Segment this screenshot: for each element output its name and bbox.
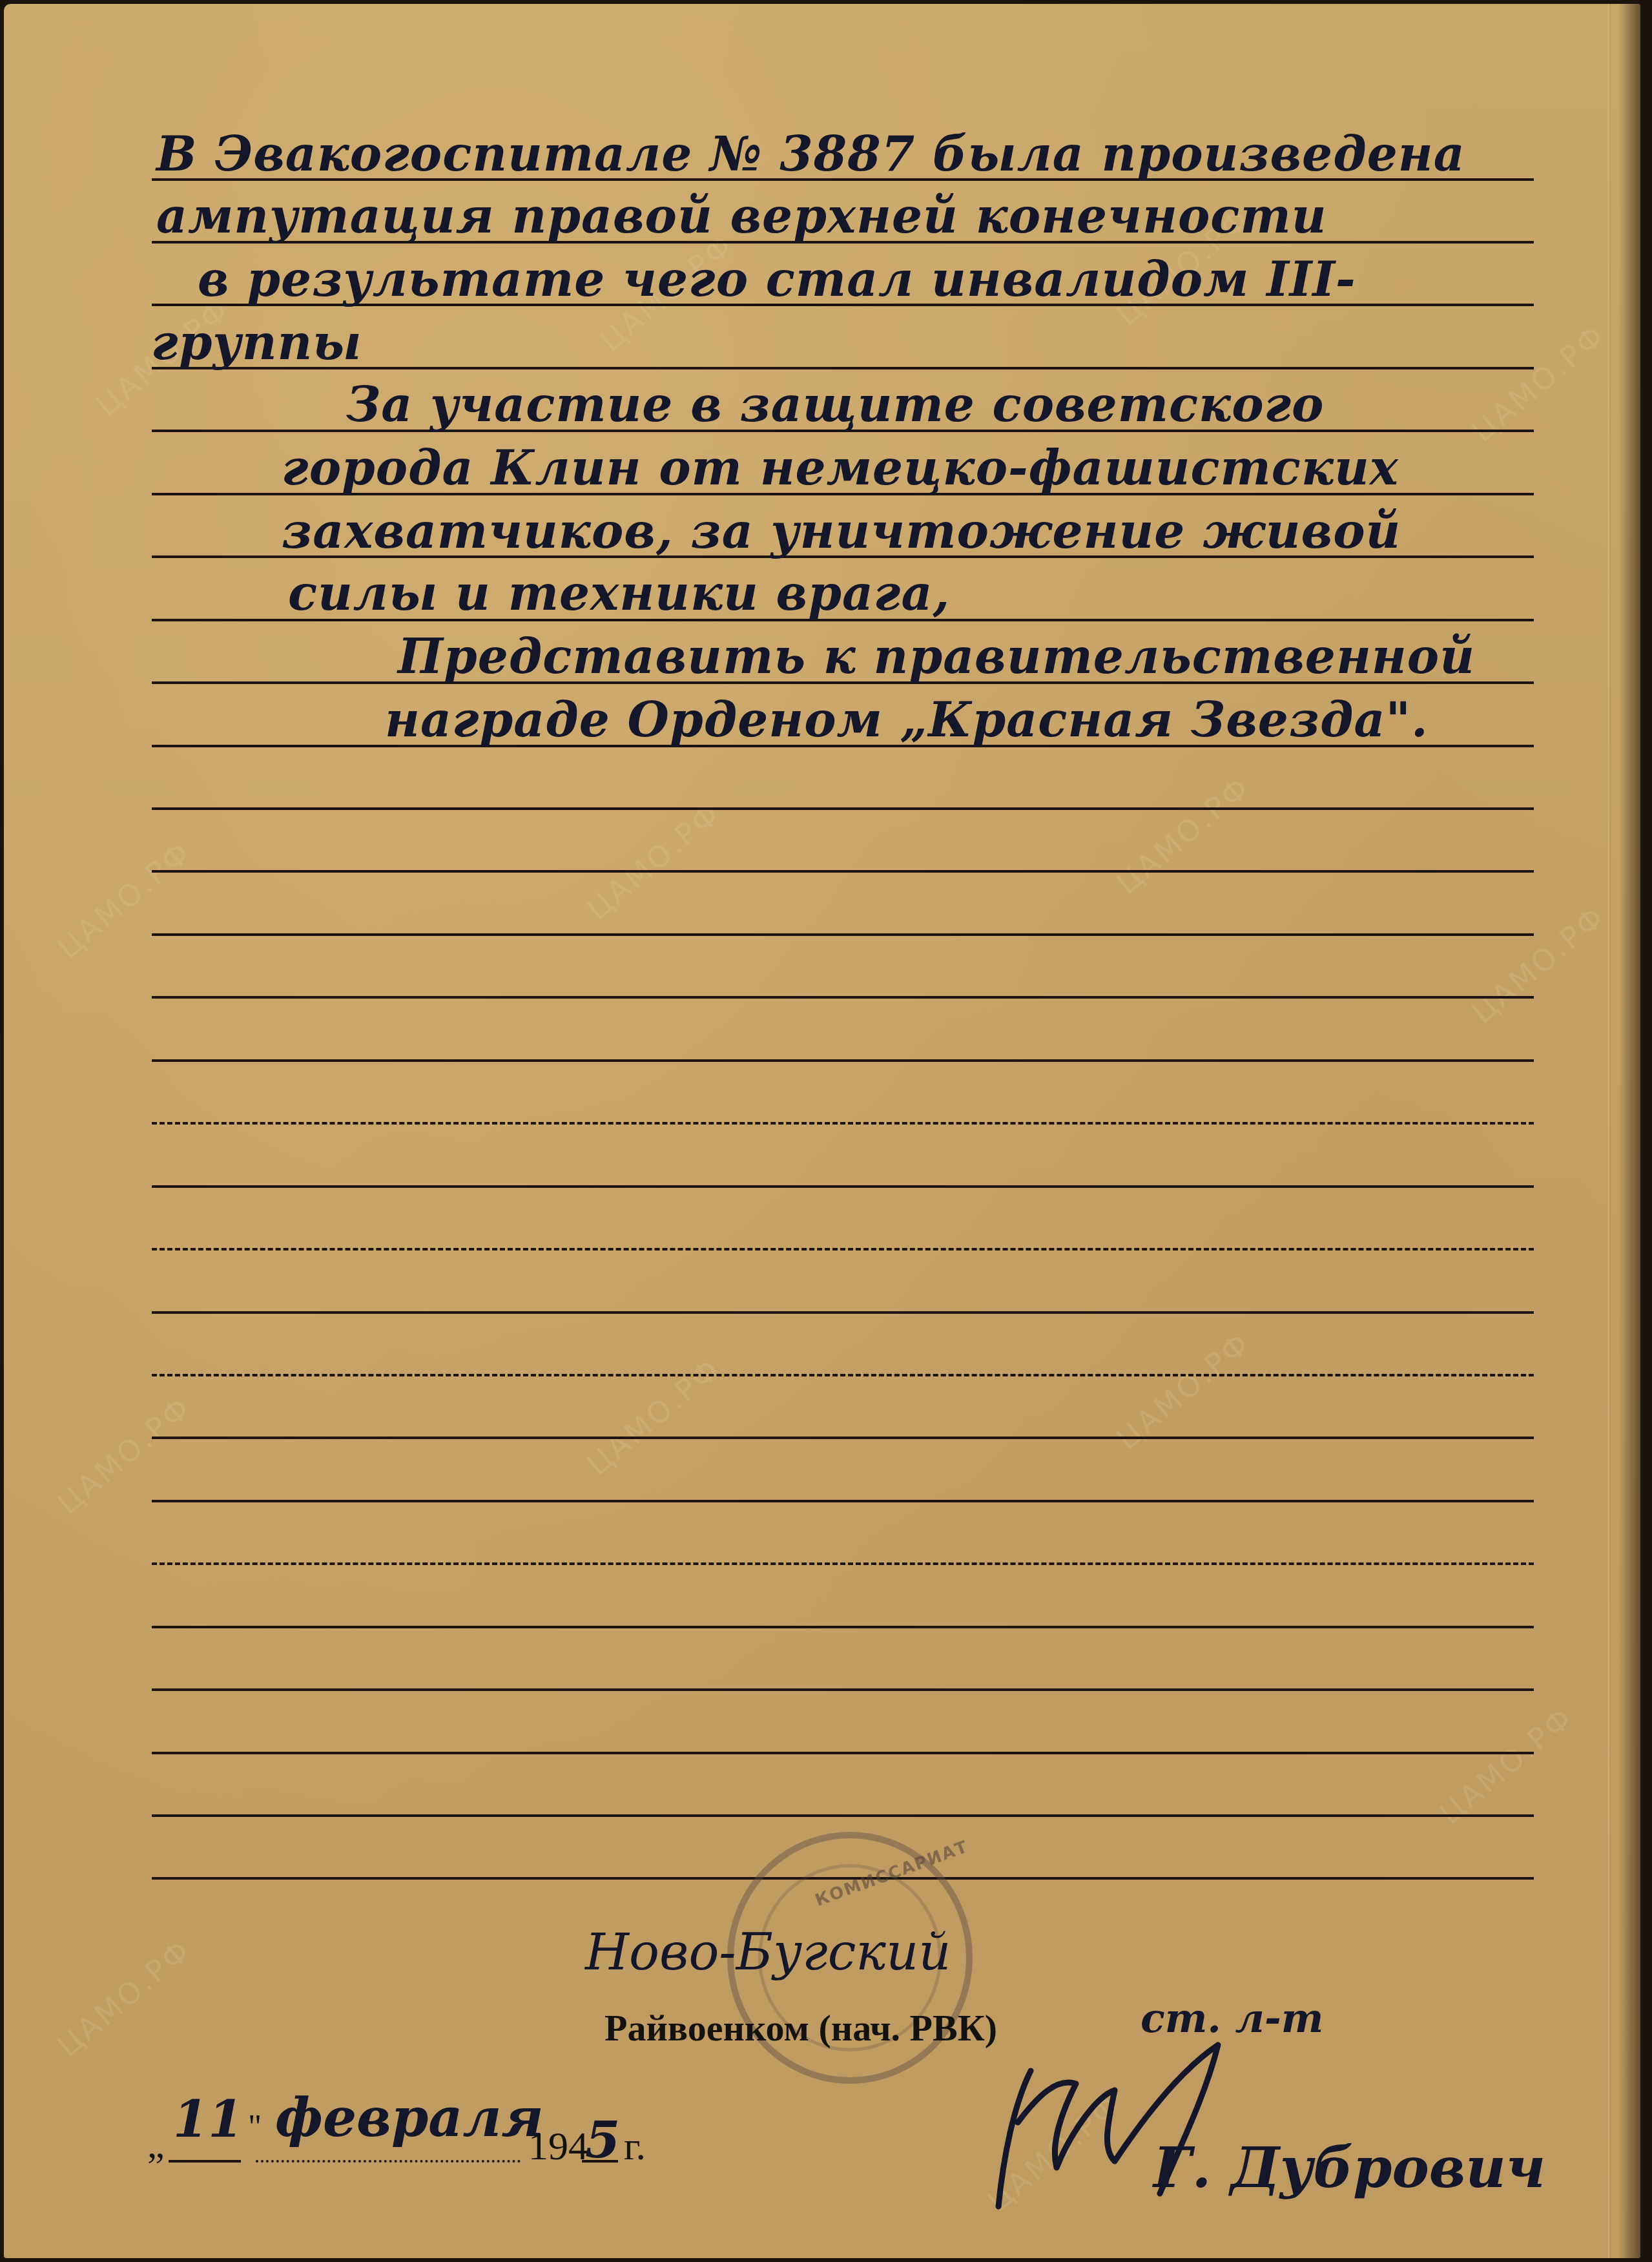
date-year-prefix: 194 [528, 2124, 588, 2170]
watermark: ЦАМО.РФ [1432, 1699, 1580, 1831]
document-page: ЦАМО.РФ ЦАМО.РФ ЦАМО.РФ ЦАМО.РФ ЦАМО.РФ … [4, 4, 1640, 2258]
watermark: ЦАМО.РФ [580, 795, 728, 927]
body-line-9: Представить к правительственной [398, 633, 1475, 681]
date-day: 11 [173, 2090, 243, 2149]
signature-icon [947, 2000, 1347, 2258]
date-month: февраля [275, 2087, 544, 2149]
watermark: ЦАМО.РФ [1110, 769, 1257, 901]
watermark: ЦАМО.РФ [50, 1932, 198, 2064]
body-line-1: В Эвакогоспитале № 3887 была произведена [156, 130, 1465, 178]
district-name: Ново-Бугский [585, 1924, 951, 1982]
body-line-6: города Клин от немецко-фашистских [282, 444, 1399, 492]
watermark: ЦАМО.РФ [1465, 898, 1613, 1030]
paper-edge-shadow [1618, 4, 1640, 2258]
position-title: Райвоенком (нач. РВК) [604, 2006, 997, 2049]
date-year-suffix: г. [624, 2124, 646, 2170]
body-line-8: силы и техники врага, [288, 570, 950, 617]
signatory-name: Г. Дубрович [1153, 2135, 1545, 2201]
watermark: ЦАМО.РФ [580, 1351, 728, 1482]
body-line-5: За участие в защите советского [346, 381, 1324, 429]
body-line-2: ампутация правой верхней конечности [156, 192, 1327, 240]
body-line-10: награде Орденом „Красная Звезда". [385, 696, 1429, 744]
body-line-4: группы [151, 319, 362, 367]
watermark: ЦАМО.РФ [50, 834, 198, 966]
body-line-7: захватчиков, за уничтожение живой [282, 508, 1401, 555]
body-line-3: в результате чего стал инвалидом III- [198, 256, 1356, 304]
paper-fold [1608, 4, 1611, 2258]
